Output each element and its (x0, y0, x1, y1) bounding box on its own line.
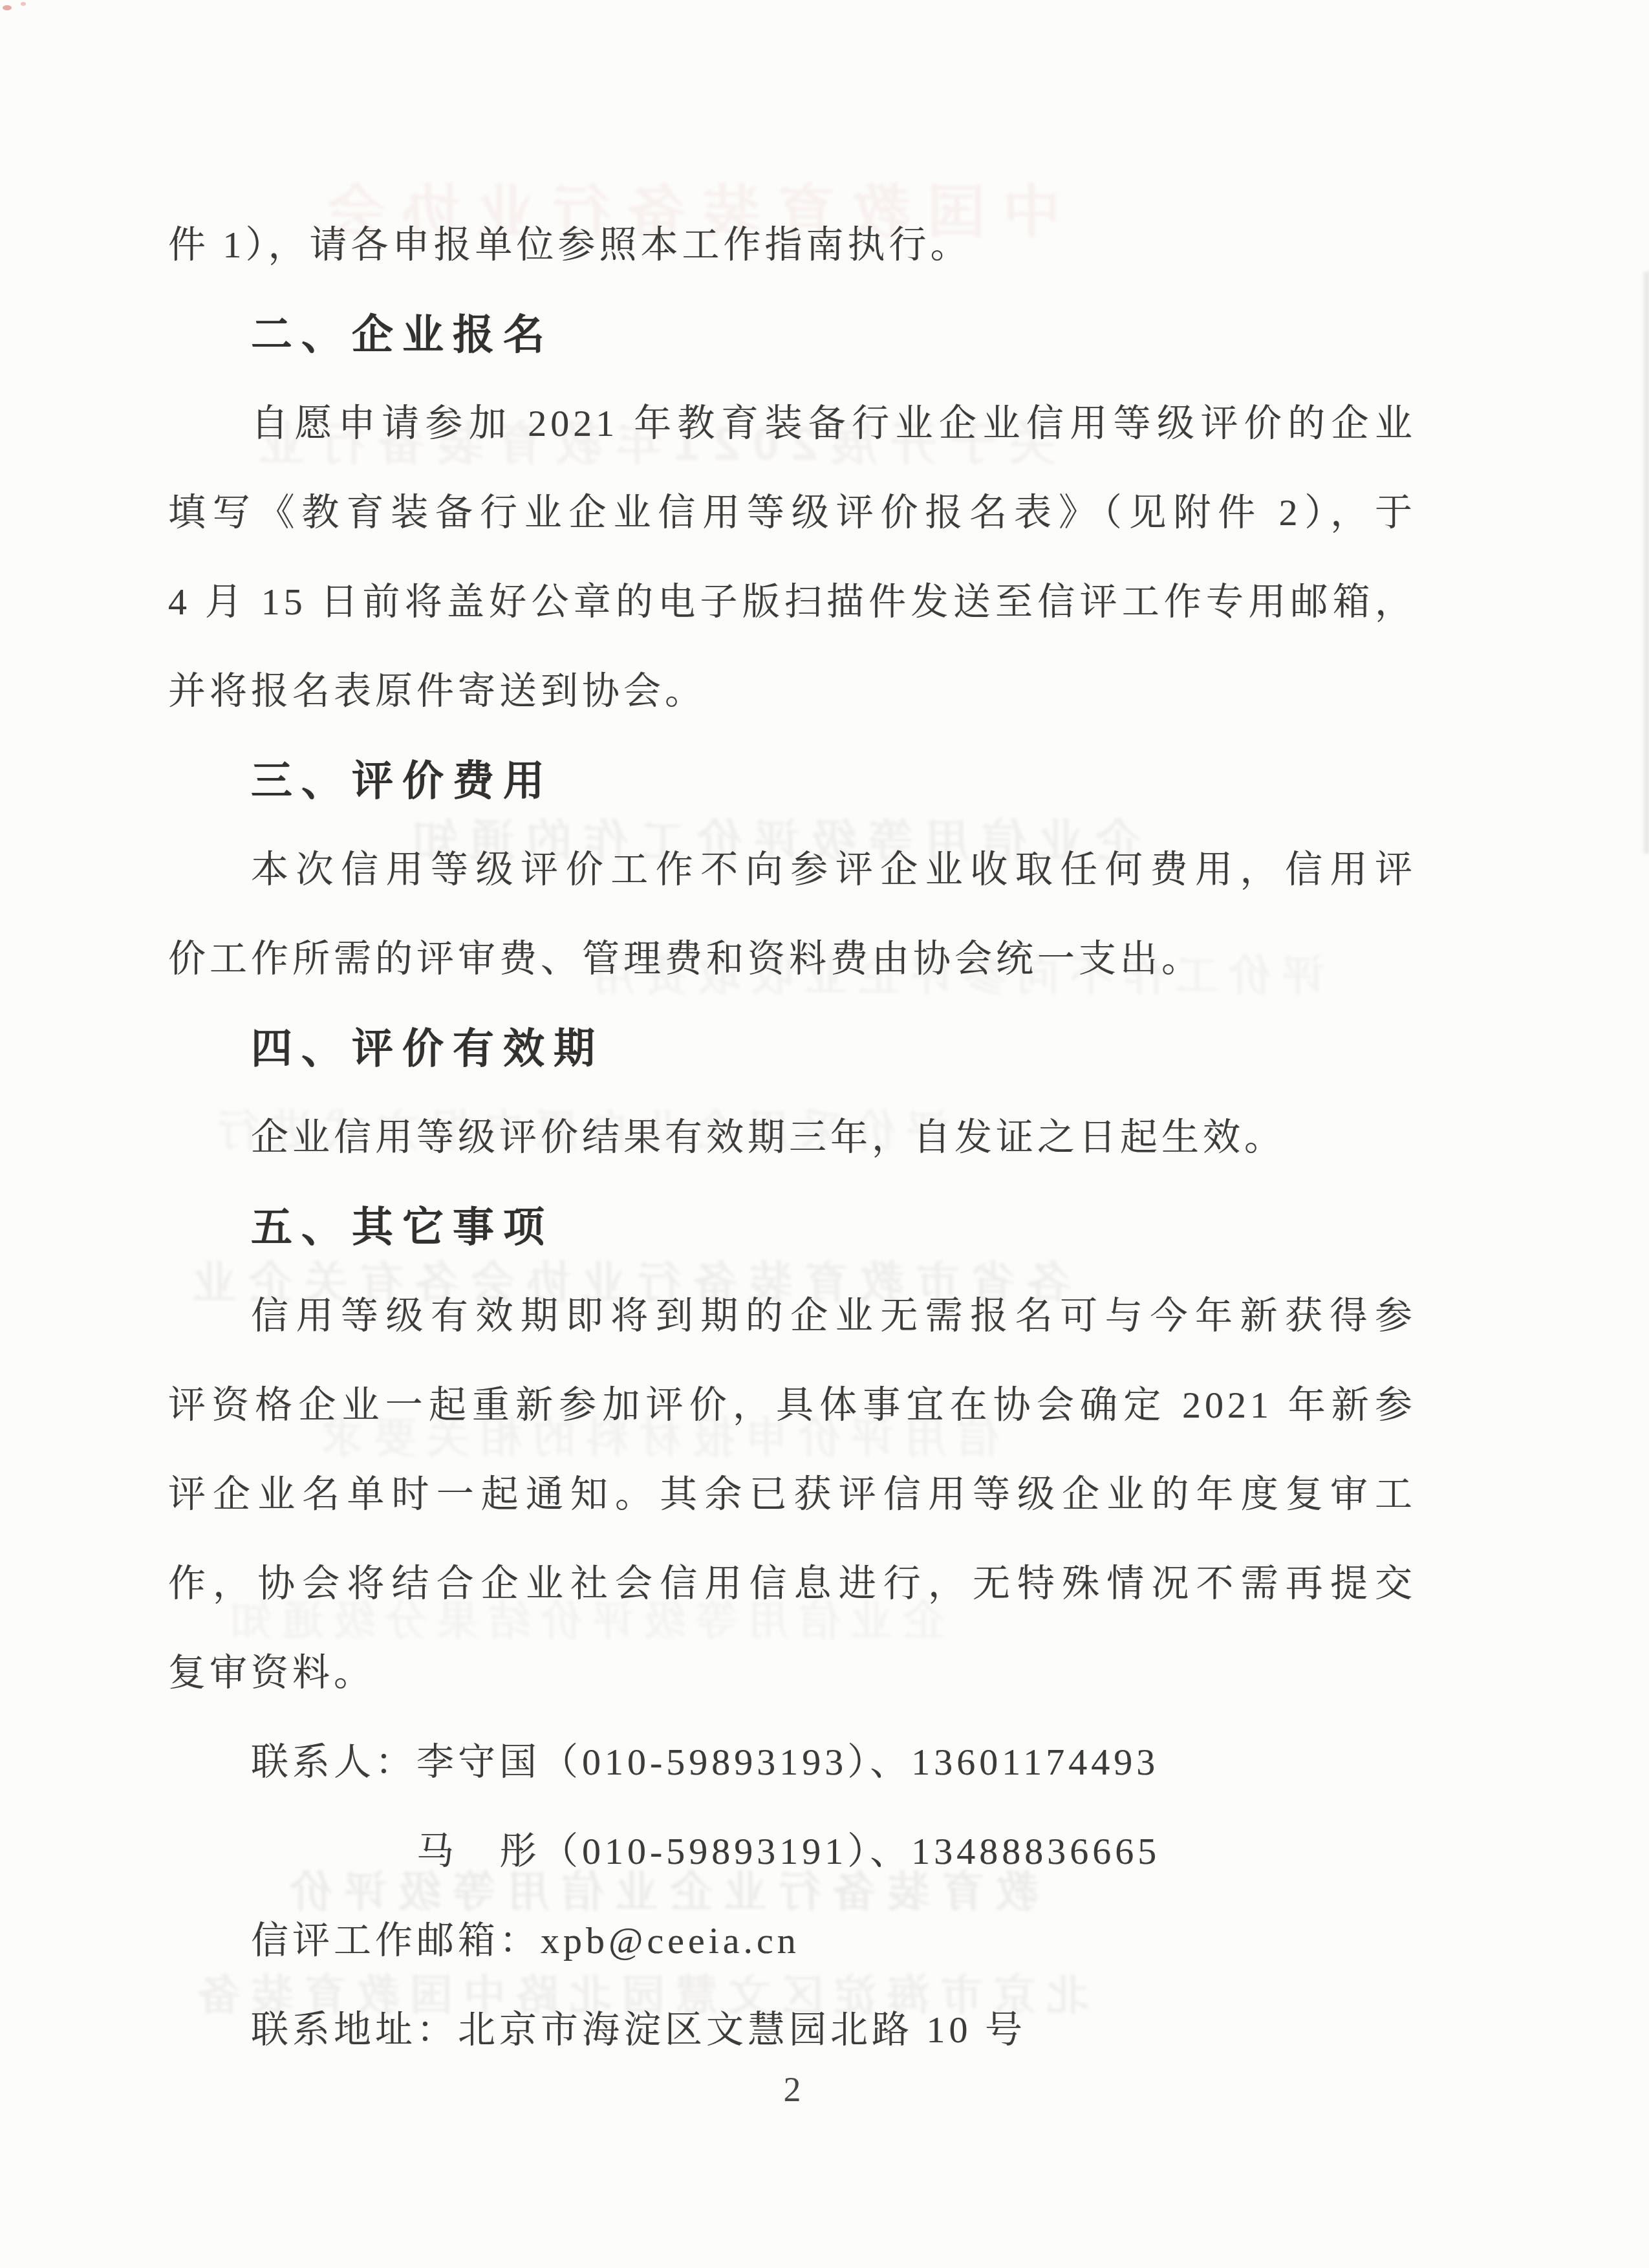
document-text: 件 1），请各申报单位参照本工作指南执行。二、企业报名自愿申请参加 2021 年… (168, 200, 1416, 2075)
scan-speck (3, 5, 12, 10)
body-line: 4 月 15 日前将盖好公章的电子版扫描件发送至信评工作专用邮箱， (168, 557, 1416, 647)
body-line: 复审资料。 (168, 1628, 1416, 1718)
body-line: 本次信用等级评价工作不向参评企业收取任何费用，信用评 (168, 825, 1416, 914)
scan-speck (21, 2, 26, 6)
scan-edge-artifact (1641, 272, 1649, 854)
body-line: 信用等级有效期即将到期的企业无需报名可与今年新获得参 (168, 1271, 1416, 1361)
body-line: 信评工作邮箱：xpb@ceeia.cn (168, 1896, 1416, 1985)
body-line: 企业信用等级评价结果有效期三年，自发证之日起生效。 (168, 1093, 1416, 1182)
body-line: 件 1），请各申报单位参照本工作指南执行。 (168, 200, 1416, 290)
scanned-document-page: 中国教育装备行业协会 关于开展2021年教育装备行业 企业信用等级评价工作的通知… (0, 0, 1649, 2268)
body-line: 评资格企业一起重新参加评价，具体事宜在协会确定 2021 年新参 (168, 1361, 1416, 1450)
section-heading: 二、企业报名 (168, 290, 1416, 379)
body-line: 联系人：李守国（010-59893193）、13601174493 (168, 1718, 1416, 1807)
body-line: 作，协会将结合企业社会信用信息进行，无特殊情况不需再提交 (168, 1539, 1416, 1628)
section-heading: 四、评价有效期 (168, 1004, 1416, 1093)
section-heading: 三、评价费用 (168, 736, 1416, 825)
body-line: 自愿申请参加 2021 年教育装备行业企业信用等级评价的企业 (168, 379, 1416, 468)
section-heading: 五、其它事项 (168, 1182, 1416, 1271)
body-line: 价工作所需的评审费、管理费和资料费由协会统一支出。 (168, 914, 1416, 1004)
body-line: 马 彤（010-59893191）、13488836665 (168, 1807, 1416, 1896)
body-line: 联系地址：北京市海淀区文慧园北路 10 号 (168, 1985, 1416, 2075)
body-line: 填写《教育装备行业企业信用等级评价报名表》（见附件 2），于 (168, 468, 1416, 557)
body-line: 评企业名单时一起通知。其余已获评信用等级企业的年度复审工 (168, 1450, 1416, 1539)
body-line: 并将报名表原件寄送到协会。 (168, 647, 1416, 736)
page-number: 2 (168, 2069, 1416, 2110)
